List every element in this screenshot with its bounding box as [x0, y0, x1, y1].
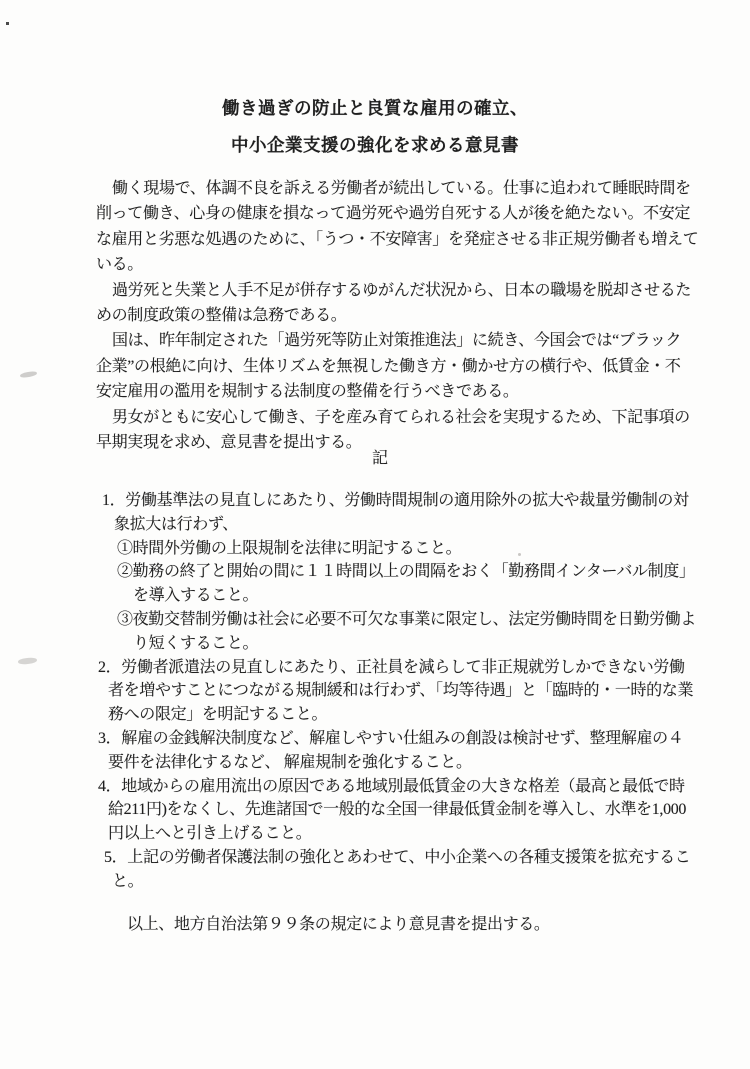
list-line: 円以上へと引き上げること。	[96, 822, 736, 846]
scan-mark	[18, 657, 38, 665]
list-line: 3．解雇の金銭解決制度など、解雇しやすい仕組みの創設は検討せず、整理解雇の４	[96, 727, 736, 751]
record-marker: 記	[60, 449, 700, 469]
list-line: 務への限定」を明記すること。	[96, 703, 736, 727]
scanned-document-page: 働き過ぎの防止と良質な雇用の確立、 中小企業支援の強化を求める意見書 働く現場で…	[0, 0, 750, 1069]
list-line: ③夜勤交替制労働は社会に必要不可欠な事業に限定し、法定労働時間を日勤労働よ	[96, 608, 736, 632]
document-title: 働き過ぎの防止と良質な雇用の確立、 中小企業支援の強化を求める意見書	[0, 90, 750, 164]
body-line: 過労死と失業と人手不足が併存するゆがんだ状況から、日本の職場を脱却させるた	[96, 278, 716, 303]
scan-mark	[20, 371, 38, 379]
body-line: 企業”の根絶に向け、生体リズムを無視した働き方・働かせ方の横行や、低賃金・不	[96, 354, 716, 379]
list-line: を導入すること。	[96, 584, 736, 608]
list-line: と。	[96, 870, 736, 894]
body-line: めの制度政策の整備は急務である。	[96, 303, 716, 328]
list-line: 要件を法律化するなど、 解雇規制を強化すること。	[96, 751, 736, 775]
scan-speck	[6, 22, 9, 25]
list-line: 象拡大は行わず、	[96, 513, 736, 537]
document-body: 働く現場で、体調不良を訴える労働者が続出している。仕事に追われて睡眠時間を 削っ…	[96, 176, 716, 455]
list-line: ②勤務の終了と開始の間に１１時間以上の間隔をおく「勤務間インターバル制度」	[96, 560, 736, 584]
list-line: 5．上記の労働者保護法制の強化とあわせて、中小企業への各種支援策を拡充するこ	[96, 846, 736, 870]
title-line-1: 働き過ぎの防止と良質な雇用の確立、	[0, 90, 750, 127]
list-line: 2．労働者派遣法の見直しにあたり、正社員を減らして非正規就労しかできない労働	[96, 656, 736, 680]
list-line: ①時間外労働の上限規制を法律に明記すること。	[96, 537, 736, 561]
body-line: 国は、昨年制定された「過労死等防止対策推進法」に続き、今国会では“ブラック	[96, 328, 716, 353]
list-line: 4．地域からの雇用流出の原因である地域別最低賃金の大きな格差（最高と最低で時	[96, 775, 736, 799]
closing-line: 以上、地方自治法第９９条の規定により意見書を提出する。	[96, 912, 550, 937]
list-line: 給211円)をなくし、先進諸国で一般的な全国一律最低賃金制を導入し、水準を1,0…	[96, 798, 736, 822]
list-line: り短くすること。	[96, 632, 736, 656]
body-line: 安定雇用の濫用を規制する法制度の整備を行うべきである。	[96, 379, 716, 404]
body-line: 男女がともに安心して働き、子を産み育てられる社会を実現するため、下記事項の	[96, 405, 716, 430]
list-line: 1．労働基準法の見直しにあたり、労働時間規制の適用除外の拡大や裁量労働制の対	[96, 489, 736, 513]
body-line: 働く現場で、体調不良を訴える労働者が続出している。仕事に追われて睡眠時間を	[96, 176, 716, 201]
body-line: 削って働き、心身の健康を損なって過労死や過労自死する人が後を絶たない。不安定	[96, 201, 716, 226]
title-line-2: 中小企業支援の強化を求める意見書	[0, 127, 750, 164]
body-line: いる。	[96, 252, 716, 277]
request-list: 1．労働基準法の見直しにあたり、労働時間規制の適用除外の拡大や裁量労働制の対 象…	[96, 489, 736, 894]
list-line: 者を増やすことにつながる規制緩和は行わず、「均等待遇」と「臨時的・一時的な業	[96, 679, 736, 703]
body-line: な雇用と劣悪な処遇のために、「うつ・不安障害」を発症させる非正規労働者も増えて	[96, 227, 716, 252]
